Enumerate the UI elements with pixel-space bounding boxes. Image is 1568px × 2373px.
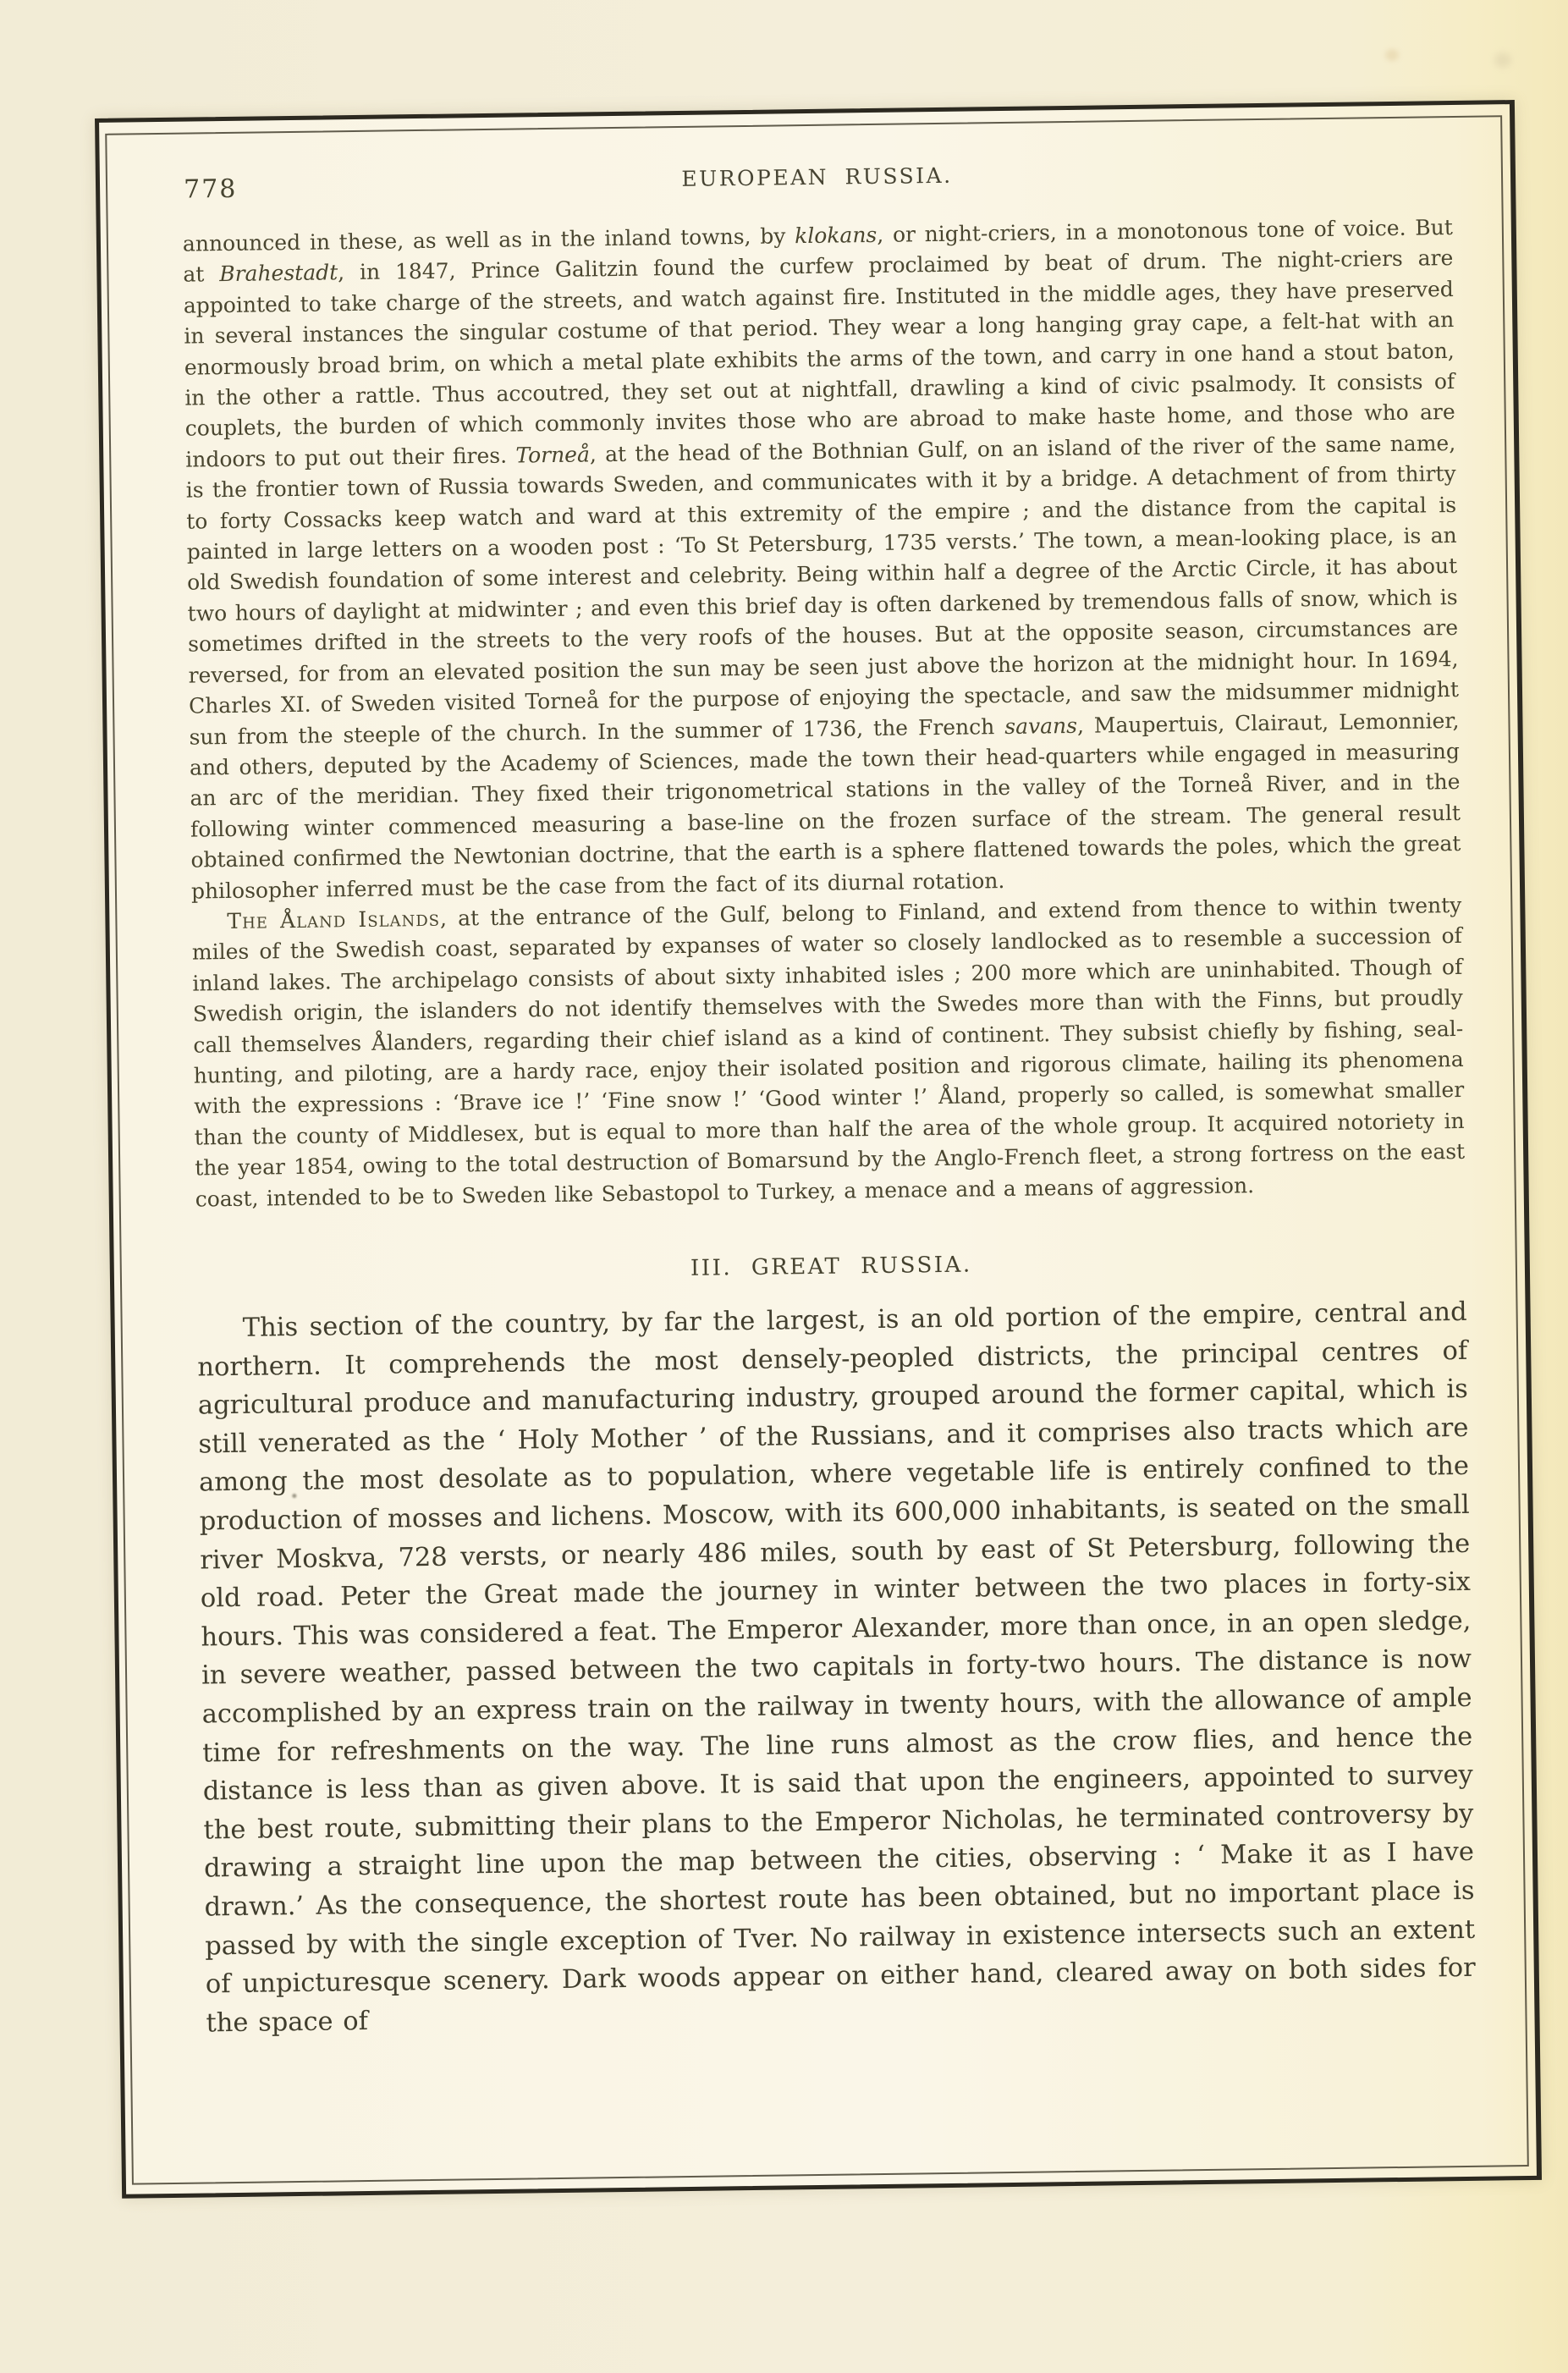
paragraph-aland-islands: The Åland Islands, at the entrance of th…: [191, 890, 1466, 1215]
page-header: 778 EUROPEAN RUSSIA.: [182, 157, 1452, 207]
paper-stain: [1494, 52, 1511, 68]
page-border-frame: 778 EUROPEAN RUSSIA. announced in these,…: [95, 100, 1542, 2199]
paragraph-great-russia-intro: This section of the country, by far the …: [196, 1293, 1476, 2043]
page-number: 778: [184, 174, 238, 205]
section-heading: III. GREAT RUSSIA.: [196, 1246, 1466, 1288]
paper-stain: [1385, 49, 1399, 61]
running-title: EUROPEAN RUSSIA.: [182, 157, 1452, 198]
scanned-book-page: { "colors":{"paper":"#f4eed9","page":"#f…: [0, 0, 1568, 2373]
page-inner-rule: 778 EUROPEAN RUSSIA. announced in these,…: [105, 115, 1529, 2184]
paragraph-night-criers-tornea: announced in these, as well as in the in…: [183, 212, 1461, 907]
page-content: 778 EUROPEAN RUSSIA. announced in these,…: [107, 117, 1527, 2183]
